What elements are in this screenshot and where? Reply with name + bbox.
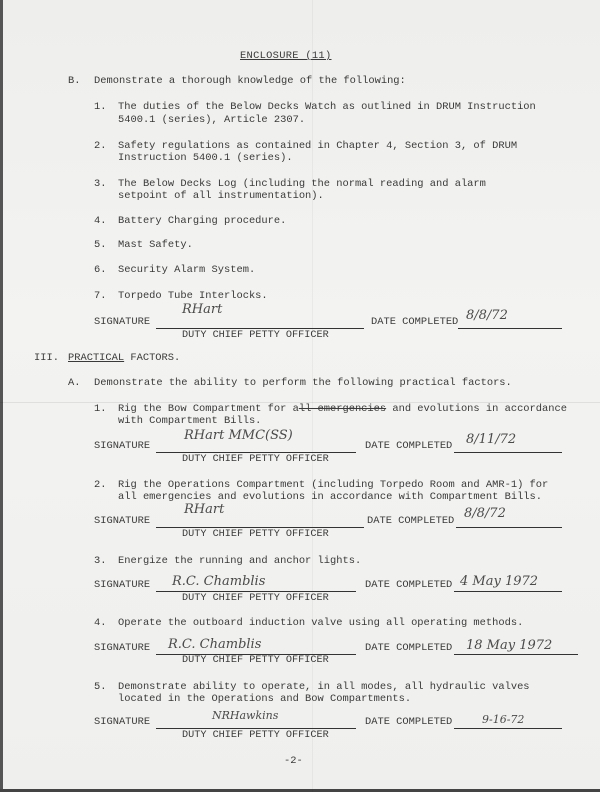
list-item-text: located in the Operations and Bow Compar… bbox=[118, 693, 411, 705]
date-line bbox=[458, 328, 562, 329]
list-item-text: Rig the Bow Compartment for all emergenc… bbox=[118, 403, 567, 415]
signature-line bbox=[156, 728, 356, 729]
date-completed-label: DATE COMPLETED bbox=[365, 440, 452, 452]
list-item-number: 5. bbox=[94, 239, 106, 251]
handwritten-signature: RHart bbox=[184, 502, 224, 517]
section-a-heading: Demonstrate the ability to perform the f… bbox=[94, 377, 512, 389]
handwritten-signature: NRHawkins bbox=[212, 709, 278, 722]
date-completed-label: DATE COMPLETED bbox=[371, 316, 458, 328]
section-a-label: A. bbox=[68, 377, 80, 389]
handwritten-date: 4 May 1972 bbox=[460, 574, 538, 589]
signature-label: SIGNATURE bbox=[94, 316, 150, 328]
date-completed-label: DATE COMPLETED bbox=[367, 515, 454, 527]
signature-label: SIGNATURE bbox=[94, 515, 150, 527]
list-item-number: 4. bbox=[94, 215, 106, 227]
list-item-text: The Below Decks Log (including the norma… bbox=[118, 178, 486, 190]
date-line bbox=[454, 654, 578, 655]
handwritten-date: 9-16-72 bbox=[482, 713, 524, 726]
list-item-text: Energize the running and anchor lights. bbox=[118, 555, 361, 567]
signature-role: DUTY CHIEF PETTY OFFICER bbox=[182, 529, 329, 540]
date-completed-label: DATE COMPLETED bbox=[365, 642, 452, 654]
list-item-text: with Compartment Bills. bbox=[118, 415, 261, 427]
list-item-text: all emergencies and evolutions in accord… bbox=[118, 491, 542, 503]
list-item-number: 3. bbox=[94, 178, 106, 190]
list-item-number: 1. bbox=[94, 403, 106, 415]
signature-label: SIGNATURE bbox=[94, 440, 150, 452]
handwritten-date: 8/11/72 bbox=[466, 432, 516, 447]
list-item-text: Operate the outboard induction valve usi… bbox=[118, 617, 523, 629]
handwritten-date: 8/8/72 bbox=[464, 506, 506, 521]
signature-label: SIGNATURE bbox=[94, 579, 150, 591]
page-title: ENCLOSURE (11) bbox=[240, 50, 332, 62]
fold-crease-vertical bbox=[312, 0, 313, 792]
text-segment: and evolutions in accordance bbox=[386, 403, 567, 415]
list-item-text: Instruction 5400.1 (series). bbox=[118, 152, 293, 164]
struck-text: ll emergencies bbox=[299, 403, 386, 415]
list-item-number: 2. bbox=[94, 479, 106, 491]
list-item-number: 2. bbox=[94, 140, 106, 152]
signature-line bbox=[156, 591, 356, 592]
date-completed-label: DATE COMPLETED bbox=[365, 579, 452, 591]
section-iii-numeral: III. bbox=[34, 352, 59, 364]
page-number: -2- bbox=[284, 755, 303, 767]
document-page: ENCLOSURE (11) B. Demonstrate a thorough… bbox=[0, 0, 600, 792]
list-item-text: 5400.1 (series), Article 2307. bbox=[118, 114, 305, 126]
list-item-text: Safety regulations as contained in Chapt… bbox=[118, 140, 517, 152]
date-line bbox=[454, 591, 562, 592]
handwritten-signature: R.C. Chamblis bbox=[168, 637, 261, 652]
signature-role: DUTY CHIEF PETTY OFFICER bbox=[182, 593, 329, 604]
section-b-heading: Demonstrate a thorough knowledge of the … bbox=[94, 75, 406, 87]
list-item-text: Demonstrate ability to operate, in all m… bbox=[118, 681, 530, 693]
text-segment: Rig the Bow Compartment for a bbox=[118, 403, 299, 415]
list-item-number: 6. bbox=[94, 264, 106, 276]
section-iii-title-underlined: PRACTICAL bbox=[68, 352, 124, 364]
list-item-text: The duties of the Below Decks Watch as o… bbox=[118, 101, 536, 113]
handwritten-signature: R.C. Chamblis bbox=[172, 574, 265, 589]
signature-role: DUTY CHIEF PETTY OFFICER bbox=[182, 454, 329, 465]
list-item-text: Mast Safety. bbox=[118, 239, 193, 251]
handwritten-date: 8/8/72 bbox=[466, 308, 508, 323]
list-item-number: 1. bbox=[94, 101, 106, 113]
list-item-text: Battery Charging procedure. bbox=[118, 215, 286, 227]
list-item-text: Torpedo Tube Interlocks. bbox=[118, 290, 268, 302]
list-item-text: setpoint of all instrumentation). bbox=[118, 190, 324, 202]
signature-role: DUTY CHIEF PETTY OFFICER bbox=[182, 330, 329, 341]
signature-line bbox=[156, 328, 364, 329]
signature-role: DUTY CHIEF PETTY OFFICER bbox=[182, 730, 329, 741]
section-iii-title-rest: FACTORS. bbox=[124, 352, 180, 364]
date-completed-label: DATE COMPLETED bbox=[365, 716, 452, 728]
signature-line bbox=[156, 527, 364, 528]
section-b-label: B. bbox=[68, 75, 80, 87]
signature-role: DUTY CHIEF PETTY OFFICER bbox=[182, 655, 329, 666]
date-line bbox=[454, 728, 562, 729]
signature-line bbox=[156, 452, 356, 453]
date-line bbox=[454, 452, 562, 453]
list-item-number: 3. bbox=[94, 555, 106, 567]
list-item-text: Security Alarm System. bbox=[118, 264, 255, 276]
list-item-number: 5. bbox=[94, 681, 106, 693]
handwritten-signature: RHart bbox=[182, 302, 222, 317]
signature-label: SIGNATURE bbox=[94, 642, 150, 654]
list-item-number: 7. bbox=[94, 290, 106, 302]
list-item-number: 4. bbox=[94, 617, 106, 629]
section-iii-title: PRACTICAL FACTORS. bbox=[68, 352, 180, 364]
list-item-text: Rig the Operations Compartment (includin… bbox=[118, 479, 548, 491]
handwritten-date: 18 May 1972 bbox=[466, 638, 552, 653]
signature-label: SIGNATURE bbox=[94, 716, 150, 728]
date-line bbox=[456, 527, 562, 528]
scan-edge-left bbox=[0, 0, 3, 792]
handwritten-signature: RHart MMC(SS) bbox=[184, 428, 293, 443]
